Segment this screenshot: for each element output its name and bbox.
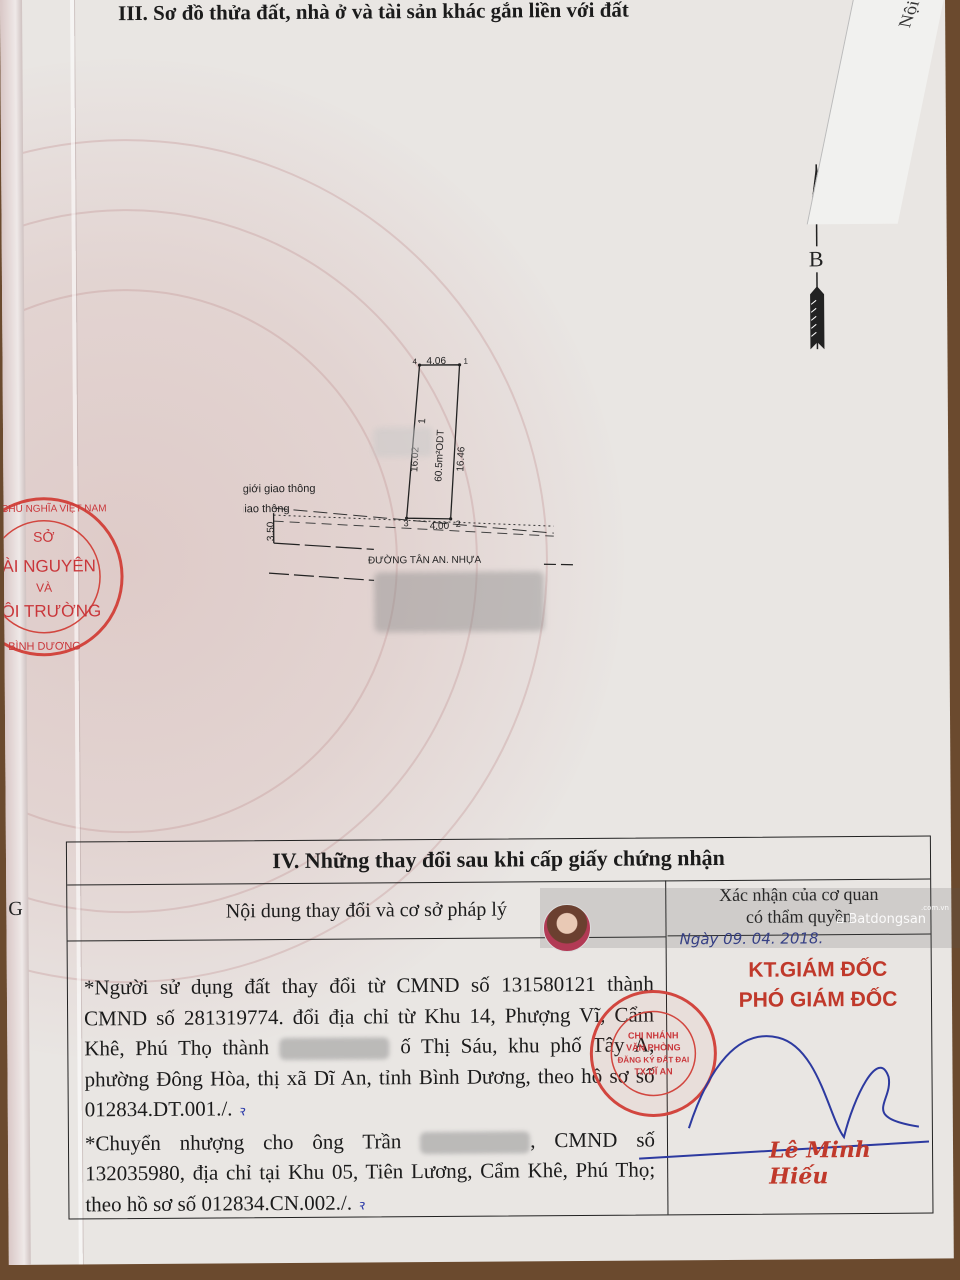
svg-text:ĐƯỜNG TÂN AN. NHỰA: ĐƯỜNG TÂN AN. NHỰA xyxy=(368,553,482,567)
svg-text:MÔI TRƯỜNG: MÔI TRƯỜNG xyxy=(0,601,101,621)
svg-text:4.00: 4.00 xyxy=(430,521,450,532)
svg-text:Chỉ giới quy hoạch giao thông: Chỉ giới quy hoạch giao thông xyxy=(242,503,289,516)
section3-title: III. Sơ đồ thửa đất, nhà ở và tài sản kh… xyxy=(118,0,629,26)
redacted-area xyxy=(373,427,433,457)
left-official-stamp: SỞ TÀI NGUYÊN VÀ MÔI TRƯỜNG BÌNH DƯƠNG H… xyxy=(0,491,125,662)
change-entry-2: *Chuyển nhượng cho ông Trần , CMND số 13… xyxy=(85,1124,656,1222)
svg-text:3: 3 xyxy=(404,518,409,528)
change-entry-1: *Người sử dụng đất thay đổi từ CMND số 1… xyxy=(84,968,655,1127)
svg-text:60.5m²ODT: 60.5m²ODT xyxy=(433,429,446,482)
svg-text:SỞ: SỞ xyxy=(33,528,54,545)
handwritten-initial: ꝛ xyxy=(357,1197,364,1213)
signer-name: Lê Minh Hiếu xyxy=(769,1137,932,1190)
svg-text:2: 2 xyxy=(456,519,461,529)
redacted-area xyxy=(374,571,544,632)
svg-text:16.46: 16.46 xyxy=(455,446,467,472)
corner-fragment-text: Nội xyxy=(894,0,924,29)
batdongsan-watermark: ⌂ Batdongsan .com.vn xyxy=(836,912,926,927)
svg-text:BÌNH DƯƠNG: BÌNH DƯƠNG xyxy=(8,639,81,653)
svg-text:Ranh giới giao thông: Ranh giới giao thông xyxy=(242,483,315,496)
svg-text:HỘI CHỦ NGHĨA VIỆT NAM: HỘI CHỦ NGHĨA VIỆT NAM xyxy=(0,501,107,515)
redacted-text xyxy=(280,1037,390,1060)
svg-text:3.50: 3.50 xyxy=(266,521,277,541)
handwritten-initial: ꝛ xyxy=(238,1103,245,1119)
uploader-avatar xyxy=(543,904,591,952)
svg-text:4.06: 4.06 xyxy=(426,356,446,367)
change-entries: *Người sử dụng đất thay đổi từ CMND số 1… xyxy=(84,968,656,1222)
side-fragment-text: G xyxy=(8,898,23,921)
svg-text:VÀ: VÀ xyxy=(36,580,52,595)
svg-text:4: 4 xyxy=(413,357,418,366)
overlapping-page: Nội xyxy=(807,0,945,224)
north-label: B xyxy=(808,246,825,272)
svg-text:1: 1 xyxy=(464,357,469,366)
certificate-page: III. Sơ đồ thửa đất, nhà ở và tài sản kh… xyxy=(0,0,954,1265)
svg-text:TÀI NGUYÊN: TÀI NGUYÊN xyxy=(0,556,96,576)
redacted-text xyxy=(420,1131,530,1154)
batdongsan-logo-icon: ⌂ xyxy=(836,912,848,927)
section4-title: IV. Những thay đổi sau khi cấp giấy chứn… xyxy=(67,837,930,886)
svg-text:1: 1 xyxy=(417,418,428,424)
